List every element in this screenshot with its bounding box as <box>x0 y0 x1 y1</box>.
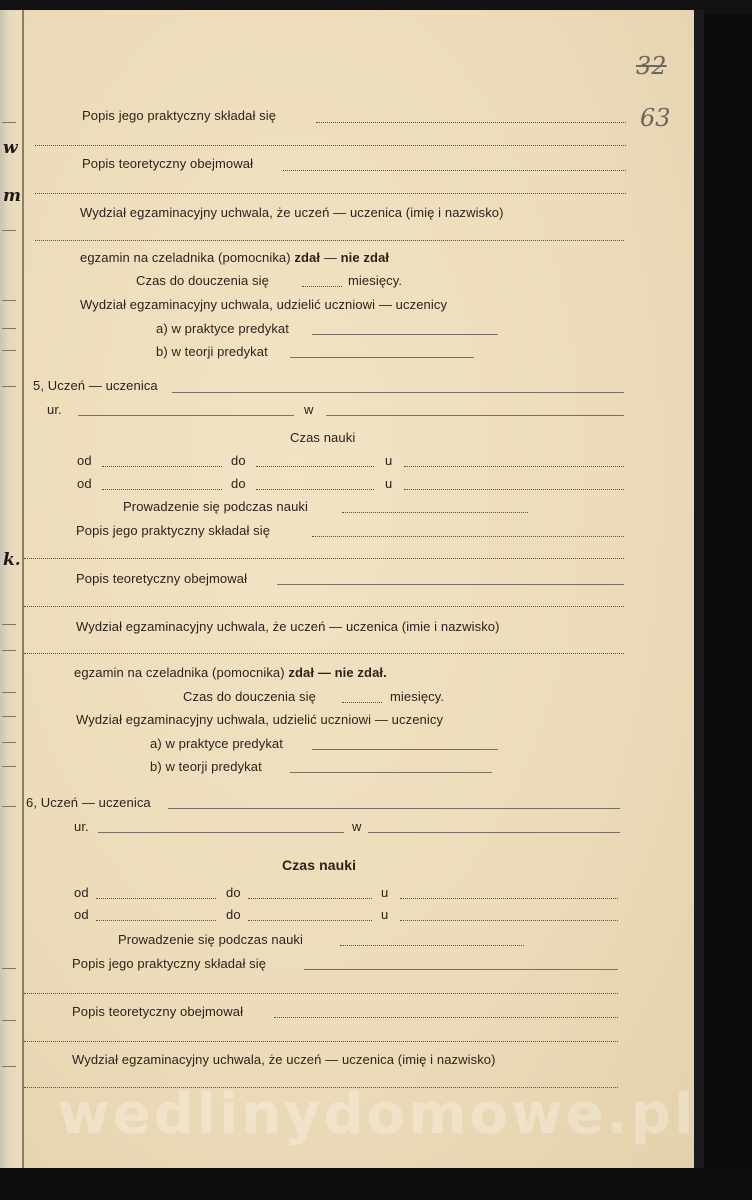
margin-rule <box>2 742 16 743</box>
to-date-field[interactable] <box>248 920 372 921</box>
grant-label: Wydział egzaminacyjny uchwala, udzielić … <box>80 297 447 312</box>
conduct-label: Prowadzenie się podczas nauki <box>123 499 308 514</box>
margin-rule <box>2 692 16 693</box>
to-label: do <box>226 885 241 900</box>
margin-rule <box>2 1020 16 1021</box>
to-label: do <box>226 907 241 922</box>
from-label: od <box>74 907 89 922</box>
from-date-field[interactable] <box>102 489 222 490</box>
student-name-field[interactable] <box>168 808 620 809</box>
period-heading: Czas nauki <box>290 430 355 445</box>
practice-grade-field[interactable] <box>312 749 498 750</box>
margin-rule <box>2 122 16 123</box>
theory-grade-label: b) w teorji predykat <box>156 344 268 359</box>
exam-result-separator: — <box>324 250 337 265</box>
resolution-label: Wydział egzaminacyjny uchwala, że uczeń … <box>72 1052 496 1067</box>
theory-grade-field[interactable] <box>290 357 474 358</box>
exam-passed-option[interactable]: zdał <box>294 250 320 265</box>
margin-rule <box>2 1066 16 1067</box>
margin-rule <box>2 650 16 651</box>
theory-exam-field-cont[interactable] <box>24 606 624 607</box>
entry-5-heading: 5, Uczeń — uczenica <box>33 378 158 393</box>
exam-failed-option[interactable]: nie zdał. <box>335 665 387 680</box>
extra-time-label: Czas do douczenia się <box>183 689 316 704</box>
entry-number: 6, <box>26 795 37 810</box>
extra-time-label: Czas do douczenia się <box>136 273 269 288</box>
theory-exam-label: Popis teoretyczny obejmował <box>72 1004 243 1019</box>
margin-rule <box>2 300 16 301</box>
exam-passed-option[interactable]: zdał <box>288 665 314 680</box>
extra-time-field[interactable] <box>342 702 382 703</box>
to-label: do <box>231 453 246 468</box>
conduct-field[interactable] <box>342 512 528 513</box>
exam-result-prefix: egzamin na czeladnika (pomocnika) <box>74 665 285 680</box>
theory-grade-field[interactable] <box>290 772 492 773</box>
practice-grade-label: a) w praktyce predykat <box>150 736 283 751</box>
theory-exam-field[interactable] <box>277 584 624 585</box>
practice-grade-label: a) w praktyce predykat <box>156 321 289 336</box>
master-field[interactable] <box>404 489 624 490</box>
margin-rule <box>2 328 16 329</box>
at-label: u <box>381 885 388 900</box>
practical-exam-field[interactable] <box>312 536 624 537</box>
practice-grade-field[interactable] <box>312 334 498 335</box>
theory-exam-field[interactable] <box>274 1017 618 1018</box>
theory-exam-field-cont[interactable] <box>24 1041 618 1042</box>
master-field[interactable] <box>404 466 624 467</box>
theory-exam-field[interactable] <box>283 170 626 171</box>
extra-time-field[interactable] <box>302 286 342 287</box>
margin-rule <box>2 230 16 231</box>
conduct-label: Prowadzenie się podczas nauki <box>118 932 303 947</box>
scan-right-border <box>694 10 704 1170</box>
from-date-field[interactable] <box>96 920 216 921</box>
from-label: od <box>77 453 92 468</box>
to-date-field[interactable] <box>256 466 374 467</box>
conduct-field[interactable] <box>340 945 524 946</box>
born-label: ur. <box>74 819 89 834</box>
at-label: u <box>385 476 392 491</box>
grant-label: Wydział egzaminacyjny uchwala, udzielić … <box>76 712 443 727</box>
master-field[interactable] <box>400 898 618 899</box>
margin-rule <box>2 968 16 969</box>
margin-scrawl: k. <box>3 550 21 570</box>
student-label: Uczeń — uczenica <box>48 378 158 393</box>
handwritten-page-number: 63 <box>640 104 671 132</box>
born-in-label: w <box>352 819 362 834</box>
to-date-field[interactable] <box>248 898 372 899</box>
practical-exam-label: Popis jego praktyczny składał się <box>82 108 276 123</box>
practical-exam-field-cont[interactable] <box>24 558 624 559</box>
scan-bottom-border <box>0 1168 752 1200</box>
from-date-field[interactable] <box>96 898 216 899</box>
margin-rule <box>2 350 16 351</box>
watermark: wedlinydomowe.pl <box>58 1082 696 1147</box>
margin-rule <box>2 386 16 387</box>
exam-result-prefix: egzamin na czeladnika (pomocnika) <box>80 250 291 265</box>
from-label: od <box>74 885 89 900</box>
born-in-label: w <box>304 402 314 417</box>
theory-grade-label: b) w teorji predykat <box>150 759 262 774</box>
at-label: u <box>385 453 392 468</box>
margin-rule <box>2 766 16 767</box>
student-label: Uczeń — uczenica <box>41 795 151 810</box>
entry-6-heading: 6, Uczeń — uczenica <box>26 795 151 810</box>
from-label: od <box>77 476 92 491</box>
extra-time-unit: miesięcy. <box>390 689 444 704</box>
entry-number: 5, <box>33 378 44 393</box>
margin-rule <box>2 806 16 807</box>
from-date-field[interactable] <box>102 466 222 467</box>
margin-scrawl: w <box>3 138 18 158</box>
form-page <box>22 10 696 1168</box>
practical-exam-field[interactable] <box>304 969 618 970</box>
birth-place-field[interactable] <box>368 832 620 833</box>
resolution-label: Wydział egzaminacyjny uchwala, że uczeń … <box>76 619 500 634</box>
practical-exam-field[interactable] <box>316 122 626 123</box>
born-label: ur. <box>47 402 62 417</box>
birth-date-field[interactable] <box>78 415 294 416</box>
at-label: u <box>381 907 388 922</box>
birth-place-field[interactable] <box>326 415 624 416</box>
theory-exam-label: Popis teoretyczny obejmował <box>82 156 253 171</box>
handwritten-old-page-number: 32 <box>636 52 667 80</box>
practical-exam-label: Popis jego praktyczny składał się <box>72 956 266 971</box>
birth-date-field[interactable] <box>98 832 344 833</box>
theory-exam-field-cont[interactable] <box>35 193 626 194</box>
margin-rule <box>2 716 16 717</box>
margin-scrawl: m <box>3 186 21 206</box>
extra-time-unit: miesięcy. <box>348 273 402 288</box>
student-name-field[interactable] <box>24 653 624 654</box>
to-label: do <box>231 476 246 491</box>
master-field[interactable] <box>400 920 618 921</box>
practical-exam-label: Popis jego praktyczny składał się <box>76 523 270 538</box>
exam-result-separator: — <box>318 665 331 680</box>
previous-page-margin: w m k. <box>0 10 22 1170</box>
margin-rule <box>2 624 16 625</box>
student-name-field[interactable] <box>172 392 624 393</box>
resolution-label: Wydział egzaminacyjny uchwala, że uczeń … <box>80 205 504 220</box>
to-date-field[interactable] <box>256 489 374 490</box>
practical-exam-field-cont[interactable] <box>24 993 618 994</box>
practical-exam-field-cont[interactable] <box>35 145 626 146</box>
exam-result-line: egzamin na czeladnika (pomocnika) zdał —… <box>80 250 389 265</box>
exam-failed-option[interactable]: nie zdał <box>341 250 389 265</box>
student-name-field[interactable] <box>35 240 624 241</box>
theory-exam-label: Popis teoretyczny obejmował <box>76 571 247 586</box>
period-heading: Czas nauki <box>282 857 356 873</box>
exam-result-line: egzamin na czeladnika (pomocnika) zdał —… <box>74 665 387 680</box>
